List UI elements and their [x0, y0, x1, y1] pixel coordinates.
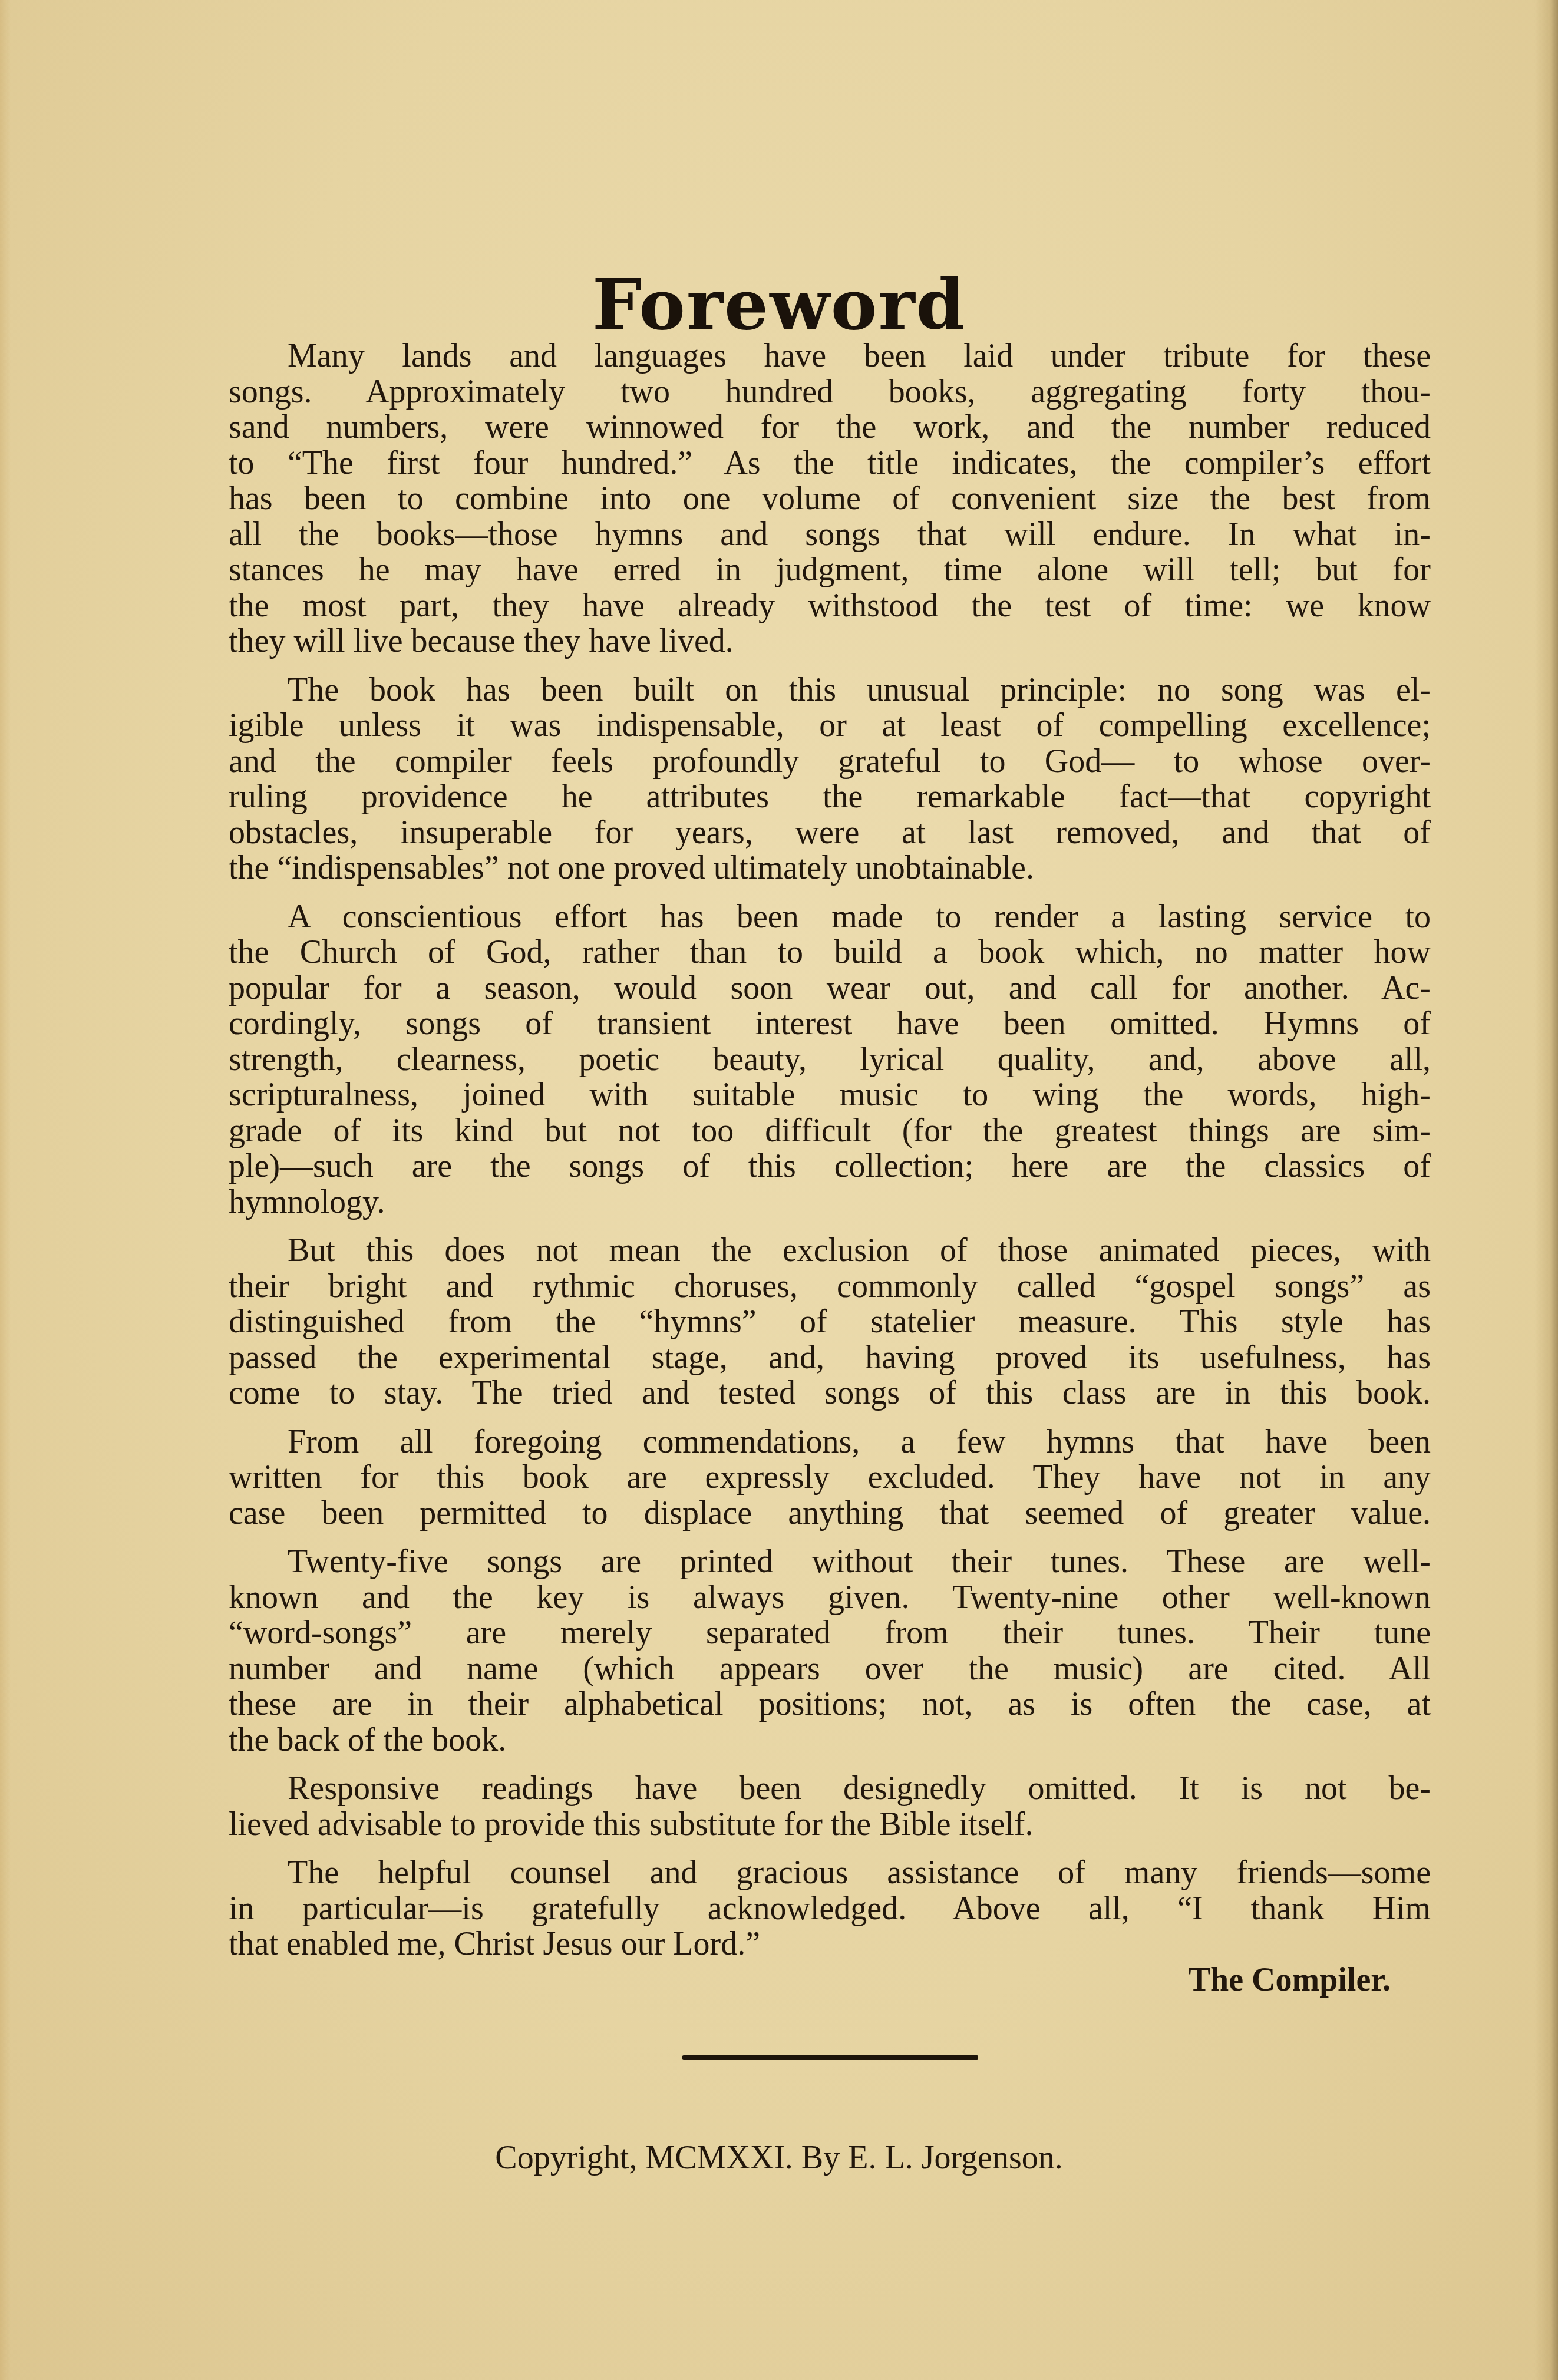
text-line: known and the key is always given. Twent…: [229, 1580, 1431, 1616]
text-line: igible unless it was indispensable, or a…: [229, 708, 1431, 744]
text-line: written for this book are expressly excl…: [229, 1460, 1431, 1496]
paragraph-4: But this does not mean the exclusion of …: [229, 1233, 1431, 1411]
text-line: lieved advisable to provide this substit…: [229, 1807, 1431, 1843]
text-line: Responsive readings have been designedly…: [229, 1771, 1431, 1807]
text-line: and the compiler feels profoundly gratef…: [229, 744, 1431, 780]
text-line: the most part, they have already withsto…: [229, 588, 1431, 624]
paragraph-8: The helpful counsel and gracious assista…: [229, 1855, 1431, 1962]
text-line: sand numbers, were winnowed for the work…: [229, 410, 1431, 445]
paragraph-7: Responsive readings have been designedly…: [229, 1771, 1431, 1842]
text-line: case been permitted to displace anything…: [229, 1496, 1431, 1531]
text-line: grade of its kind but not too difficult …: [229, 1113, 1431, 1149]
text-line: the back of the book.: [229, 1722, 1431, 1758]
text-line: From all foregoing commendations, a few …: [229, 1424, 1431, 1460]
text-line: the Church of God, rather than to build …: [229, 935, 1431, 971]
text-line: Many lands and languages have been laid …: [229, 338, 1431, 374]
text-line: they will live because they have lived.: [229, 623, 1431, 659]
text-line: But this does not mean the exclusion of …: [229, 1233, 1431, 1269]
text-line: to “The first four hundred.” As the titl…: [229, 445, 1431, 481]
text-line: obstacles, insuperable for years, were a…: [229, 815, 1431, 851]
text-line: “word-songs” are merely separated from t…: [229, 1615, 1431, 1651]
text-line: The book has been built on this unusual …: [229, 672, 1431, 708]
text-line: the “indispensables” not one proved ulti…: [229, 850, 1431, 886]
text-line: ple)—such are the songs of this collecti…: [229, 1148, 1431, 1184]
text-line: come to stay. The tried and tested songs…: [229, 1375, 1431, 1411]
paragraph-1: Many lands and languages have been laid …: [229, 338, 1431, 659]
text-line: all the books—those hymns and songs that…: [229, 517, 1431, 553]
text-line: these are in their alphabetical position…: [229, 1686, 1431, 1722]
paragraph-5: From all foregoing commendations, a few …: [229, 1424, 1431, 1531]
horizontal-divider: [682, 2055, 978, 2060]
paragraph-2: The book has been built on this unusual …: [229, 672, 1431, 886]
text-line: that enabled me, Christ Jesus our Lord.”: [229, 1926, 1431, 1962]
text-line: songs. Approximately two hundred books, …: [229, 374, 1431, 410]
text-line: scripturalness, joined with suitable mus…: [229, 1077, 1431, 1113]
text-line: stances he may have erred in judgment, t…: [229, 552, 1431, 588]
text-line: distinguished from the “hymns” of statel…: [229, 1304, 1431, 1340]
paragraph-3: A conscientious effort has been made to …: [229, 899, 1431, 1220]
text-line: The helpful counsel and gracious assista…: [229, 1855, 1431, 1891]
text-line: their bright and rythmic choruses, commo…: [229, 1269, 1431, 1305]
text-line: cordingly, songs of transient interest h…: [229, 1006, 1431, 1042]
text-line: Twenty-five songs are printed without th…: [229, 1544, 1431, 1580]
page-title: Foreword: [0, 263, 1558, 345]
text-line: number and name (which appears over the …: [229, 1651, 1431, 1687]
text-line: popular for a season, would soon wear ou…: [229, 971, 1431, 1006]
scanned-book-page: Foreword Many lands and languages have b…: [0, 0, 1558, 2380]
text-line: ruling providence he attributes the rema…: [229, 779, 1431, 815]
text-line: A conscientious effort has been made to …: [229, 899, 1431, 935]
signature: The Compiler.: [229, 1962, 1431, 1998]
text-line: has been to combine into one volume of c…: [229, 481, 1431, 517]
text-line: passed the experimental stage, and, havi…: [229, 1340, 1431, 1376]
foreword-body: Many lands and languages have been laid …: [229, 338, 1431, 1998]
text-line: hymnology.: [229, 1184, 1431, 1220]
paragraph-6: Twenty-five songs are printed without th…: [229, 1544, 1431, 1758]
copyright-notice: Copyright, MCMXXI. By E. L. Jorgenson.: [0, 2139, 1558, 2177]
text-line: in particular—is gratefully acknowledged…: [229, 1891, 1431, 1927]
text-line: strength, clearness, poetic beauty, lyri…: [229, 1042, 1431, 1078]
